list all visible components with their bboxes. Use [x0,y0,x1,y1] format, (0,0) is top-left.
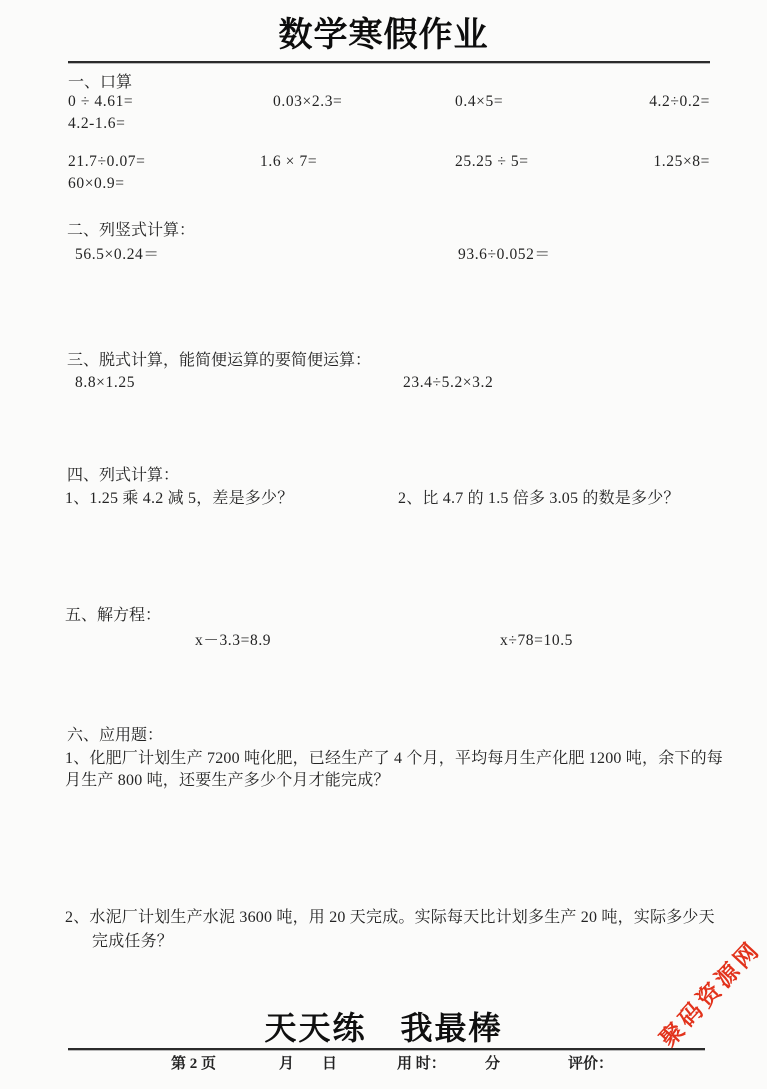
header-divider [68,61,710,63]
oral-problem-3: 0.4×5= [455,93,503,110]
oral-problem-1: 0 ÷ 4.61= [68,93,133,110]
oral-problem-9: 1.25×8= [653,153,710,170]
section-heading-equations: 五、解方程： [65,607,161,625]
footer-day-label: 日 [322,1056,337,1073]
section-heading-oral: 一、口算 [68,74,132,92]
oral-problem-5: 4.2-1.6= [68,115,125,132]
stepwise-problem-left: 8.8×1.25 [75,374,135,391]
oral-problem-8: 25.25 ÷ 5= [455,153,529,170]
oral-problem-7: 1.6 × 7= [260,153,317,170]
applied-problem-1-line-2: 月生产 800 吨，还要生产多少个月才能完成？ [65,771,390,790]
section-heading-vertical: 二、列竖式计算： [67,222,195,240]
section-heading-expression: 四、列式计算： [67,467,179,485]
footer-month-label: 月 [279,1056,294,1073]
footer-evaluation-label: 评价： [568,1056,613,1073]
applied-problem-1-line-1: 1、化肥厂计划生产 7200 吨化肥，已经生产了 4 个月，平均每月生产化肥 1… [65,749,723,768]
footer-time-label: 用 时： [397,1056,446,1073]
page-title: 数学寒假作业 [0,16,767,54]
footer-minute-label: 分 [485,1056,500,1073]
equation-2: x÷78=10.5 [500,632,573,649]
oral-problem-6: 21.7÷0.07= [68,153,146,170]
vertical-problem-right: 93.6÷0.052＝ [458,246,551,263]
oral-problem-4: 4.2÷0.2= [649,93,710,110]
section-heading-applied: 六、应用题： [67,727,163,745]
applied-problem-2-line-1: 2、水泥厂计划生产水泥 3600 吨，用 20 天完成。实际每天比计划多生产 2… [65,908,715,927]
footer-divider [68,1048,705,1050]
footer-page-number: 第 2 页 [171,1056,216,1073]
stepwise-problem-right: 23.4÷5.2×3.2 [403,374,493,391]
footer-motto: 天天练 我最棒 [0,1010,767,1046]
oral-problem-2: 0.03×2.3= [273,93,342,110]
section-heading-stepwise: 三、脱式计算，能简便运算的要简便运算： [67,352,371,370]
equation-1: x－3.3=8.9 [195,632,271,649]
vertical-problem-left: 56.5×0.24＝ [75,246,160,263]
expression-problem-2: 2、比 4.7 的 1.5 倍多 3.05 的数是多少？ [398,489,680,508]
expression-problem-1: 1、1.25 乘 4.2 减 5，差是多少？ [65,489,293,508]
oral-problem-10: 60×0.9= [68,175,125,192]
worksheet-page: 数学寒假作业 一、口算 0 ÷ 4.61= 0.03×2.3= 0.4×5= 4… [0,0,767,1089]
applied-problem-2-line-2: 完成任务？ [92,932,173,951]
